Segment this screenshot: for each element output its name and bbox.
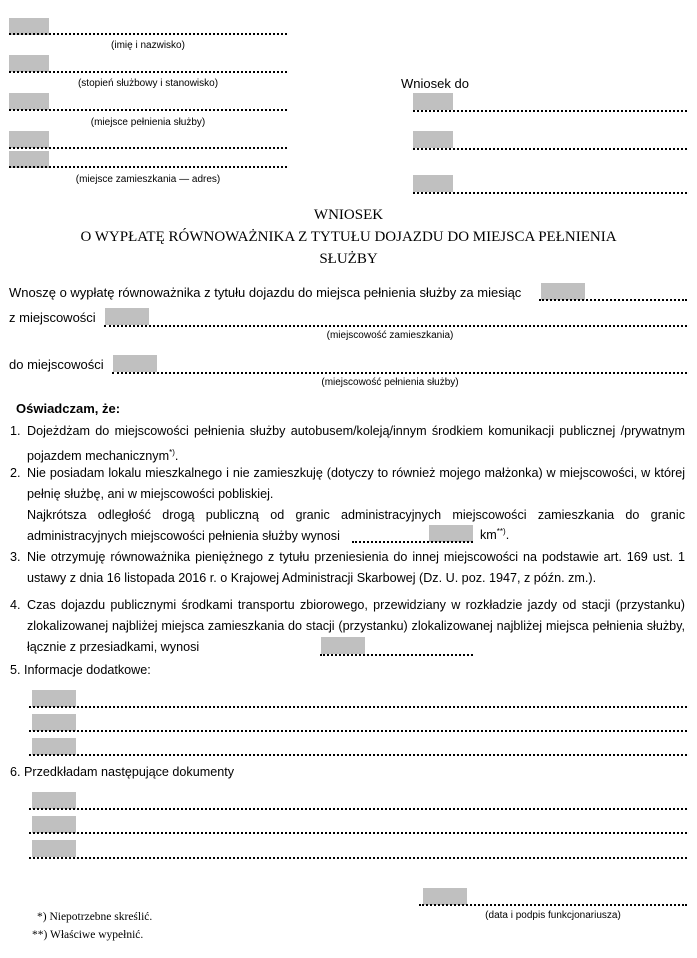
post-caption: (miejsce pełnienia służby) (9, 117, 287, 128)
footnote-mark-2: **) (497, 527, 506, 536)
from-label: z miejscowości (9, 310, 96, 325)
to-line (112, 372, 687, 374)
item-1-number: 1. (10, 424, 21, 438)
address-line-1 (9, 147, 287, 149)
additional-info-field-1[interactable] (32, 690, 76, 707)
post-field[interactable] (9, 93, 49, 110)
item-2-distance-body: Najkrótsza odległość drogą publiczną od … (27, 508, 685, 543)
title-line-3: SŁUŻBY (0, 248, 697, 270)
item-1-end: . (175, 449, 179, 463)
recipient-field-3[interactable] (413, 175, 453, 192)
rank-line (9, 71, 287, 73)
item-1-text: Dojeżdżam do miejscowości pełnienia służ… (27, 421, 685, 467)
item-6-label: 6. Przedkładam następujące dokumenty (10, 765, 234, 779)
item-1-body: Dojeżdżam do miejscowości pełnienia służ… (27, 424, 685, 463)
additional-info-line-2 (29, 730, 687, 732)
to-label: do miejscowości (9, 357, 104, 372)
recipient-line-1 (413, 110, 687, 112)
recipient-label: Wniosek do (401, 76, 469, 91)
month-field[interactable] (541, 283, 585, 300)
to-field[interactable] (113, 355, 157, 372)
documents-field-3[interactable] (32, 840, 76, 857)
travel-time-field[interactable] (321, 637, 365, 654)
footnote-1: *) Niepotrzebne skreślić. (37, 911, 152, 923)
signature-line (419, 904, 687, 906)
item-2-number: 2. (10, 466, 21, 480)
title-line-2: O WYPŁATĘ RÓWNOWAŻNIKA Z TYTUŁU DOJAZDU … (0, 226, 697, 248)
footnote-2: **) Właściwe wypełnić. (32, 929, 143, 941)
distance-unit: km**). (480, 527, 509, 542)
km-label: km (480, 528, 497, 542)
address-caption: (miejsce zamieszkania — adres) (9, 174, 287, 185)
item-6-number: 6. (10, 765, 21, 779)
documents-line-2 (29, 832, 687, 834)
month-text: Wnoszę o wypłatę równoważnika z tytułu d… (9, 285, 521, 300)
address-field-1[interactable] (9, 131, 49, 148)
additional-info-line-3 (29, 754, 687, 756)
recipient-line-3 (413, 192, 687, 194)
rank-caption: (stopień służbowy i stanowisko) (9, 78, 287, 89)
item-4-number: 4. (10, 598, 21, 612)
address-line-2 (9, 166, 287, 168)
distance-line (352, 541, 473, 543)
item-2-text: Nie posiadam lokalu mieszkalnego i nie z… (27, 463, 685, 505)
month-line (539, 299, 687, 301)
additional-info-field-2[interactable] (32, 714, 76, 731)
from-line (104, 325, 687, 327)
rank-field[interactable] (9, 55, 49, 72)
recipient-field-2[interactable] (413, 131, 453, 148)
declaration-heading: Oświadczam, że: (16, 401, 120, 416)
post-line (9, 109, 287, 111)
to-caption: (miejscowość pełnienia służby) (290, 377, 490, 388)
additional-info-line-1 (29, 706, 687, 708)
documents-field-1[interactable] (32, 792, 76, 809)
item-5-text: Informacje dodatkowe: (24, 663, 151, 677)
documents-line-3 (29, 857, 687, 859)
travel-time-line (320, 654, 473, 656)
distance-field[interactable] (429, 525, 473, 542)
item-6-text: Przedkładam następujące dokumenty (24, 765, 234, 779)
from-caption: (miejscowość zamieszkania) (290, 330, 490, 341)
documents-field-2[interactable] (32, 816, 76, 833)
title-line-1: WNIOSEK (0, 204, 697, 226)
recipient-line-2 (413, 148, 687, 150)
item-5-label: 5. Informacje dodatkowe: (10, 663, 151, 677)
name-line (9, 33, 287, 35)
item-5-number: 5. (10, 663, 21, 677)
documents-line-1 (29, 808, 687, 810)
item-3-number: 3. (10, 550, 21, 564)
signature-caption: (data i podpis funkcjonariusza) (419, 910, 687, 921)
name-caption: (imię i nazwisko) (9, 40, 287, 51)
from-field[interactable] (105, 308, 149, 325)
signature-field[interactable] (423, 888, 467, 905)
item-3-text: Nie otrzymuję równoważnika pieniężnego z… (27, 547, 685, 589)
additional-info-field-3[interactable] (32, 738, 76, 755)
recipient-field-1[interactable] (413, 93, 453, 110)
item-2-end: . (506, 528, 510, 542)
